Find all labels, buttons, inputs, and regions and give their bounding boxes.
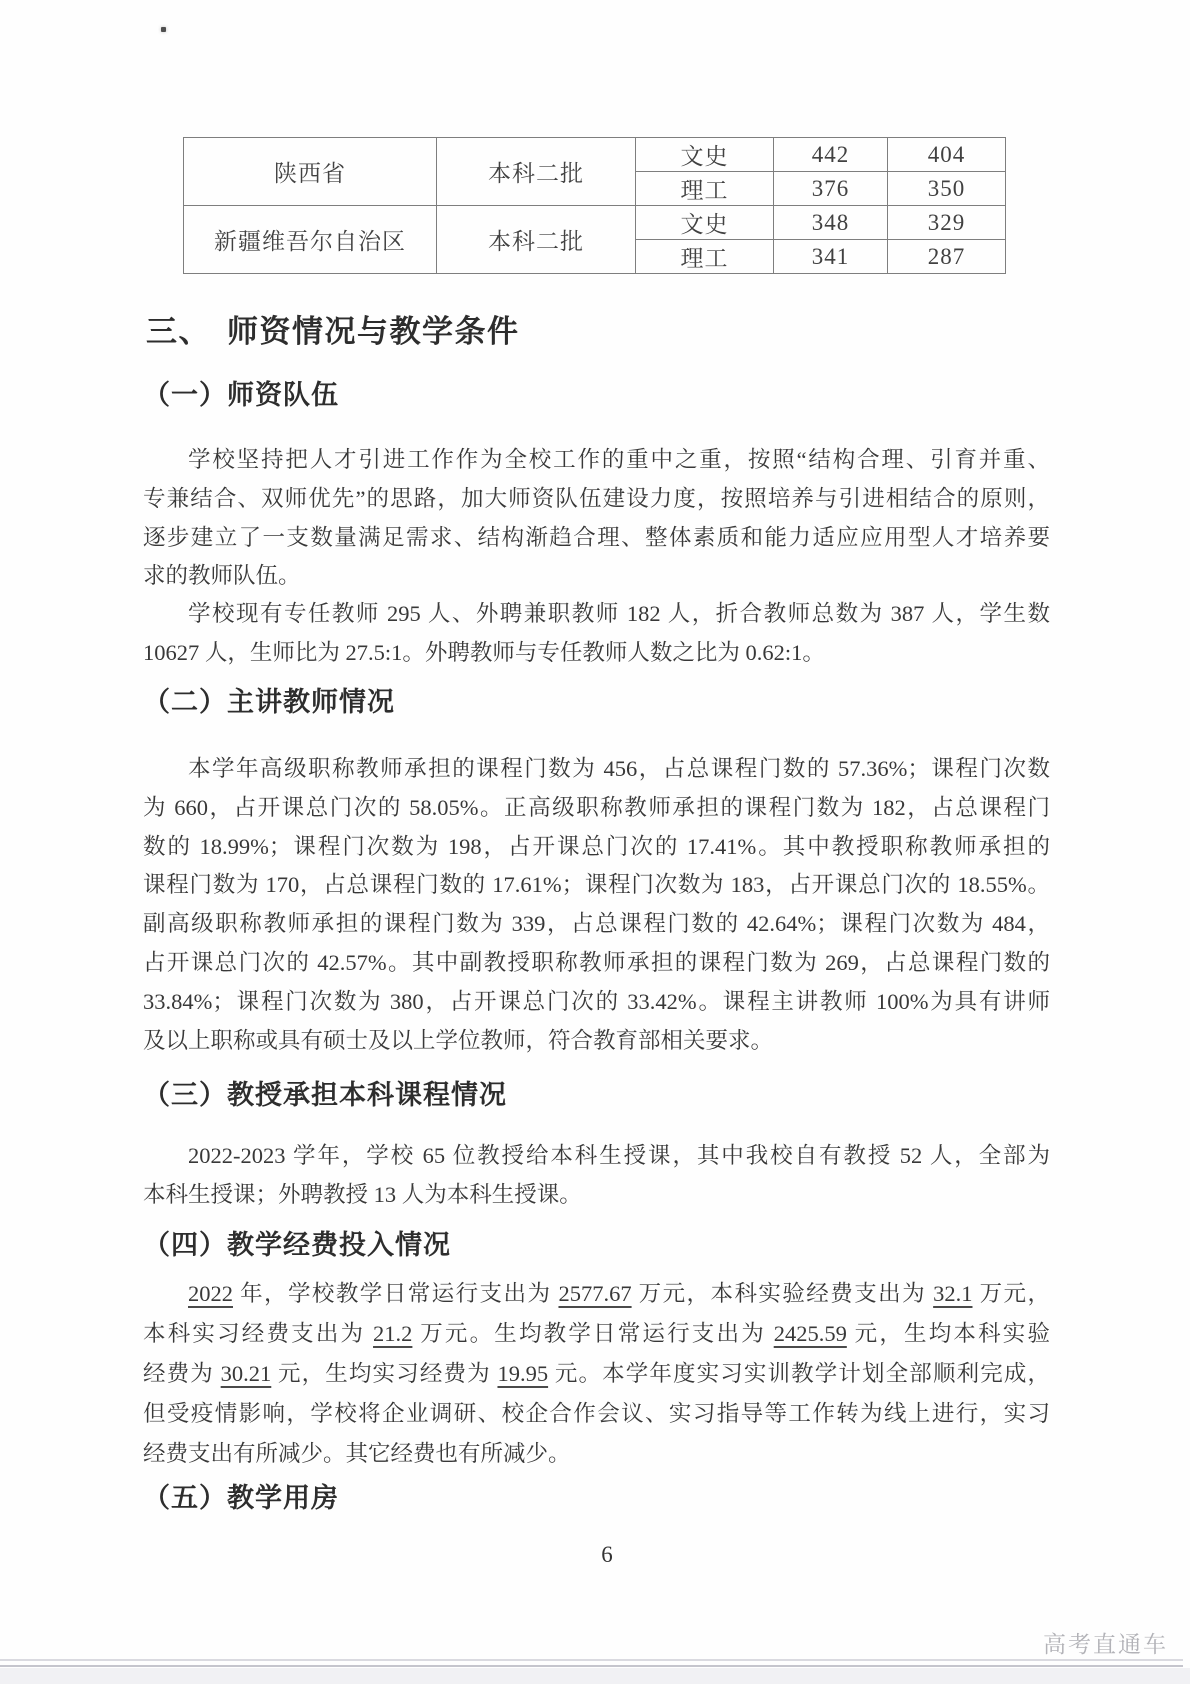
text-line: 学校坚持把人才引进工作作为全校工作的重中之重，按照“结构合理、引育并重、 <box>143 441 1050 480</box>
paragraph: 本学年高级职称教师承担的课程门数为 456，占总课程门数的 57.36%；课程门… <box>143 750 1050 1060</box>
text-segment: 副高级职称教师承担的课程门数为 339，占总课程门数的 42.64%；课程门次数… <box>143 911 1050 936</box>
paragraph: 学校现有专任教师 295 人、外聘兼职教师 182 人，折合教师总数为 387 … <box>143 595 1050 673</box>
text-segment: 2022-2023 学年，学校 65 位教授给本科生授课，其中我校自有教授 52… <box>188 1143 1050 1168</box>
section-heading: （二）主讲教师情况 <box>143 684 395 720</box>
section-heading: （五）教学用房 <box>143 1480 339 1516</box>
underlined-value: 19.95 <box>497 1361 548 1386</box>
text-line: 课程门数为 170，占总课程门数的 17.61%；课程门次数为 183，占开课总… <box>143 866 1050 905</box>
text-segment: 为 660，占开课总门次的 58.05%。正高级职称教师承担的课程门数为 182… <box>143 795 1050 820</box>
underlined-value: 21.2 <box>373 1321 412 1346</box>
underlined-value: 2022 <box>188 1281 233 1306</box>
text-line: 33.84%；课程门次数为 380，占开课总门次的 33.42%。课程主讲教师 … <box>143 983 1050 1022</box>
score-control-cell: 442 <box>774 138 888 172</box>
score-control-cell: 341 <box>774 240 888 274</box>
admission-table: 陕西省本科二批文史442404理工376350新疆维吾尔自治区本科二批文史348… <box>183 137 1006 274</box>
text-line: 占开课总门次的 42.57%。其中副教授职称教师承担的课程门数为 269，占总课… <box>143 944 1050 983</box>
text-segment: 求的教师队伍。 <box>143 563 301 588</box>
underlined-value: 2425.59 <box>774 1321 847 1346</box>
text-line: 学校现有专任教师 295 人、外聘兼职教师 182 人，折合教师总数为 387 … <box>143 595 1050 634</box>
track-cell: 理工 <box>636 172 774 206</box>
text-line: 副高级职称教师承担的课程门数为 339，占总课程门数的 42.64%；课程门次数… <box>143 905 1050 944</box>
admission-score-table: 陕西省本科二批文史442404理工376350新疆维吾尔自治区本科二批文史348… <box>183 137 1006 274</box>
text-segment: 及以上职称或具有硕士及以上学位教师，符合教育部相关要求。 <box>143 1028 773 1053</box>
underlined-value: 2577.67 <box>558 1281 631 1306</box>
paragraph: 2022 年，学校教学日常运行支出为 2577.67 万元，本科实验经费支出为 … <box>143 1274 1050 1474</box>
paragraph: 学校坚持把人才引进工作作为全校工作的重中之重，按照“结构合理、引育并重、专兼结合… <box>143 441 1050 596</box>
score-control-cell: 376 <box>774 172 888 206</box>
section-heading: （三）教授承担本科课程情况 <box>143 1077 507 1113</box>
track-cell: 文史 <box>636 206 774 240</box>
text-line: 为 660，占开课总门次的 58.05%。正高级职称教师承担的课程门数为 182… <box>143 789 1050 828</box>
batch-cell: 本科二批 <box>437 138 636 206</box>
text-line: 本科实习经费支出为 21.2 万元。生均教学日常运行支出为 2425.59 元，… <box>143 1314 1050 1354</box>
text-segment: 学校坚持把人才引进工作作为全校工作的重中之重，按照“结构合理、引育并重、 <box>188 447 1050 472</box>
text-segment: 占开课总门次的 42.57%。其中副教授职称教师承担的课程门数为 269，占总课… <box>143 950 1050 975</box>
score-lowest-cell: 350 <box>888 172 1006 206</box>
score-lowest-cell: 287 <box>888 240 1006 274</box>
section-heading: （四）教学经费投入情况 <box>143 1227 451 1263</box>
paragraph: 2022-2023 学年，学校 65 位教授给本科生授课，其中我校自有教授 52… <box>143 1137 1050 1215</box>
text-line: 10627 人，生师比为 27.5:1。外聘教师与专任教师人数之比为 0.62:… <box>143 634 1050 673</box>
text-segment: 学校现有专任教师 295 人、外聘兼职教师 182 人，折合教师总数为 387 … <box>188 601 1050 626</box>
text-line: 经费支出有所减少。其它经费也有所减少。 <box>143 1434 1050 1474</box>
watermark-text: 高考直通车 <box>1043 1626 1168 1659</box>
chapter-title: 师资情况与教学条件 <box>227 314 520 349</box>
text-line: 但受疫情影响，学校将企业调研、校企合作会议、实习指导等工作转为线上进行，实习 <box>143 1394 1050 1434</box>
score-control-cell: 348 <box>774 206 888 240</box>
text-line: 求的教师队伍。 <box>143 557 1050 596</box>
text-segment: 本科生授课；外聘教授 13 人为本科生授课。 <box>143 1182 582 1207</box>
text-line: 逐步建立了一支数量满足需求、结构渐趋合理、整体素质和能力适应应用型人才培养要 <box>143 519 1050 558</box>
text-segment: 课程门数为 170，占总课程门数的 17.61%；课程门次数为 183，占开课总… <box>143 872 1050 897</box>
track-cell: 文史 <box>636 138 774 172</box>
text-segment: 本科实习经费支出为 <box>143 1321 373 1346</box>
text-segment: 经费为 <box>143 1361 221 1386</box>
score-lowest-cell: 404 <box>888 138 1006 172</box>
footer-strip <box>0 1668 1190 1684</box>
text-segment: 33.84%；课程门次数为 380，占开课总门次的 33.42%。课程主讲教师 … <box>143 989 1050 1014</box>
text-line: 2022-2023 学年，学校 65 位教授给本科生授课，其中我校自有教授 52… <box>143 1137 1050 1176</box>
text-segment: 逐步建立了一支数量满足需求、结构渐趋合理、整体素质和能力适应应用型人才培养要 <box>143 525 1050 550</box>
province-cell: 新疆维吾尔自治区 <box>184 206 437 274</box>
text-segment: 万元， <box>973 1281 1050 1306</box>
scan-artifact-dot <box>161 27 166 32</box>
text-segment: 元，生均实习经费为 <box>271 1361 497 1386</box>
batch-cell: 本科二批 <box>437 206 636 274</box>
score-lowest-cell: 329 <box>888 206 1006 240</box>
footer-rule-top <box>0 1659 1183 1661</box>
text-segment: 年，学校教学日常运行支出为 <box>233 1281 558 1306</box>
chapter-numeral: 三、 <box>146 314 211 349</box>
text-segment: 专兼结合、双师优先”的思路，加大师资队伍建设力度，按照培养与引进相结合的原则， <box>143 486 1050 511</box>
text-line: 本学年高级职称教师承担的课程门数为 456，占总课程门数的 57.36%；课程门… <box>143 750 1050 789</box>
section-heading: （一）师资队伍 <box>143 377 339 413</box>
admission-table-body: 陕西省本科二批文史442404理工376350新疆维吾尔自治区本科二批文史348… <box>184 138 1006 274</box>
track-cell: 理工 <box>636 240 774 274</box>
text-line: 经费为 30.21 元，生均实习经费为 19.95 元。本学年度实习实训教学计划… <box>143 1354 1050 1394</box>
page-number: 6 <box>557 1542 657 1568</box>
table-row: 新疆维吾尔自治区本科二批文史348329 <box>184 206 1006 240</box>
chapter-heading: 三、师资情况与教学条件 <box>146 311 520 353</box>
footer-rule-bottom <box>0 1665 1183 1667</box>
text-line: 数的 18.99%；课程门次数为 198，占开课总门次的 17.41%。其中教授… <box>143 828 1050 867</box>
text-line: 本科生授课；外聘教授 13 人为本科生授课。 <box>143 1176 1050 1215</box>
text-line: 专兼结合、双师优先”的思路，加大师资队伍建设力度，按照培养与引进相结合的原则， <box>143 480 1050 519</box>
text-segment: 经费支出有所减少。其它经费也有所减少。 <box>143 1441 571 1466</box>
document-page: 陕西省本科二批文史442404理工376350新疆维吾尔自治区本科二批文史348… <box>0 0 1190 1684</box>
text-segment: 元，生均本科实验 <box>847 1321 1050 1346</box>
province-cell: 陕西省 <box>184 138 437 206</box>
underlined-value: 32.1 <box>933 1281 972 1306</box>
text-segment: 万元。生均教学日常运行支出为 <box>412 1321 773 1346</box>
text-segment: 元。本学年度实习实训教学计划全部顺利完成， <box>548 1361 1050 1386</box>
text-line: 2022 年，学校教学日常运行支出为 2577.67 万元，本科实验经费支出为 … <box>143 1274 1050 1314</box>
text-segment: 但受疫情影响，学校将企业调研、校企合作会议、实习指导等工作转为线上进行，实习 <box>143 1401 1050 1426</box>
text-segment: 万元，本科实验经费支出为 <box>632 1281 934 1306</box>
text-line: 及以上职称或具有硕士及以上学位教师，符合教育部相关要求。 <box>143 1022 1050 1061</box>
text-segment: 10627 人，生师比为 27.5:1。外聘教师与专任教师人数之比为 0.62:… <box>143 640 825 665</box>
text-segment: 数的 18.99%；课程门次数为 198，占开课总门次的 17.41%。其中教授… <box>143 834 1050 859</box>
underlined-value: 30.21 <box>221 1361 272 1386</box>
text-segment: 本学年高级职称教师承担的课程门数为 456，占总课程门数的 57.36%；课程门… <box>188 756 1050 781</box>
table-row: 陕西省本科二批文史442404 <box>184 138 1006 172</box>
